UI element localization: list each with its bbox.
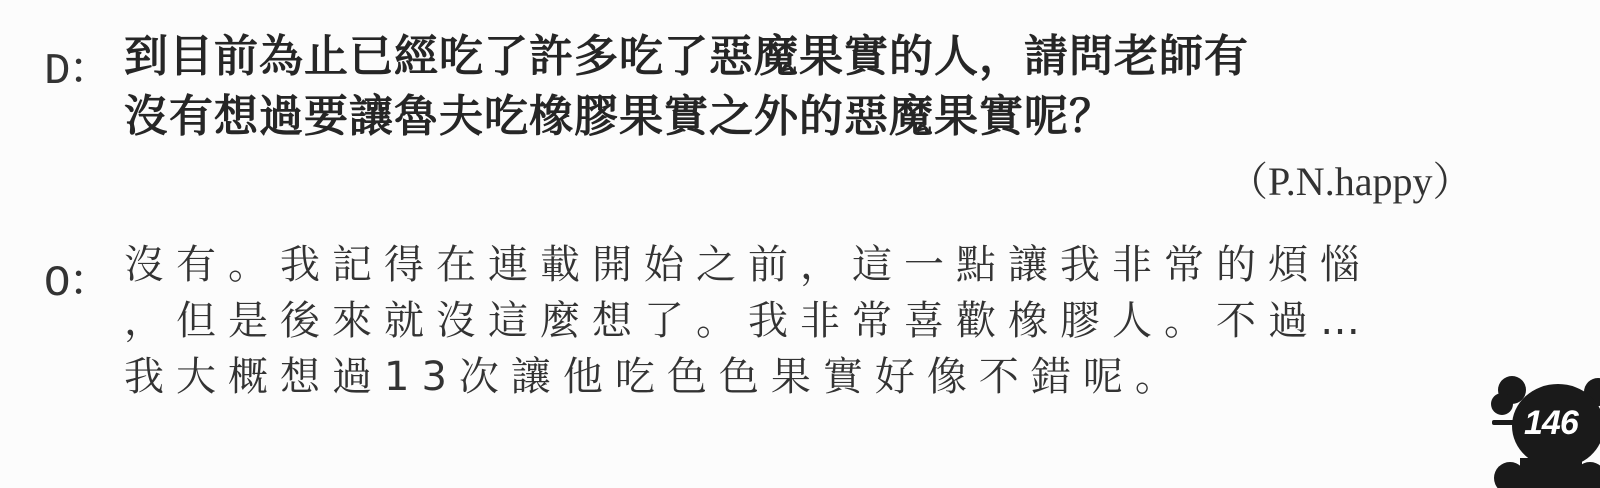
question-line-1: 到目前為止已經吃了許多吃了惡魔果實的人，請問老師有 [124, 32, 1249, 82]
question-speaker-label: D： [44, 32, 110, 97]
answer-line-1: 沒有。我記得在連載開始之前，這一點讓我非常的煩惱 [124, 240, 1372, 290]
question-signature: （P.N.happy） [1228, 150, 1472, 207]
question-line-2: 沒有想過要讓魯夫吃橡膠果實之外的惡魔果實呢？ [124, 92, 1114, 142]
page-number: 146 [1524, 404, 1578, 443]
answer-line-3: 我大概想過13次讓他吃色色果實好像不錯呢。 [124, 352, 1187, 402]
answer-line-2: ，但是後來就沒這麼想了。我非常喜歡橡膠人。不過… [124, 296, 1372, 346]
answer-speaker-label: O： [44, 244, 110, 309]
